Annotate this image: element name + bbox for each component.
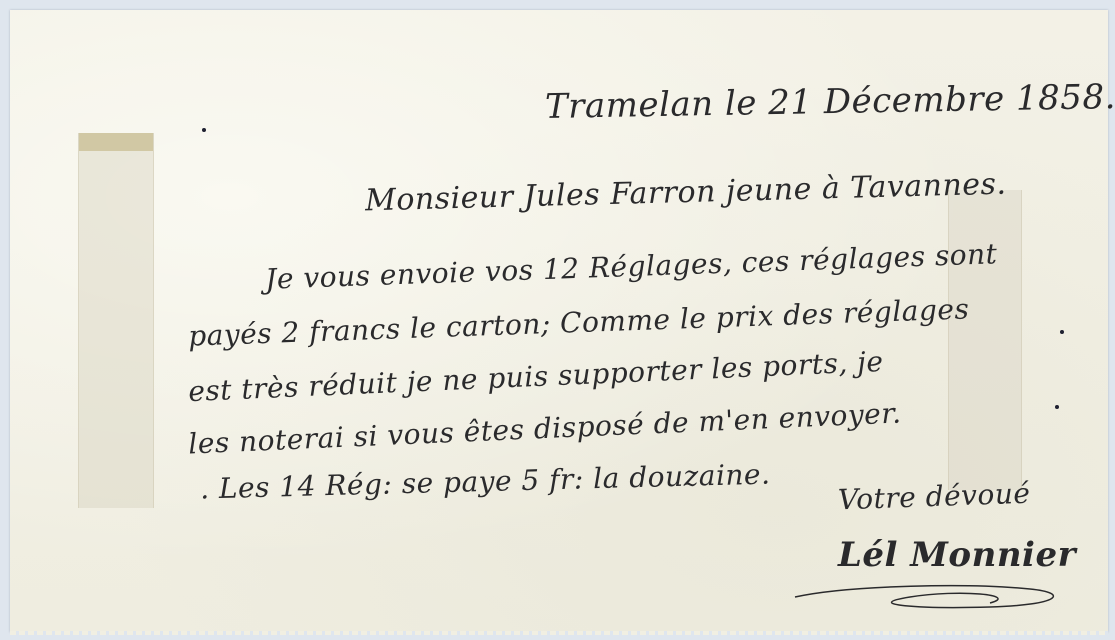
tape-residue-right xyxy=(948,190,1022,490)
addressee-line: Monsieur Jules Farron jeune à Tavannes. xyxy=(365,167,1007,219)
body-line-4: les noterai si vous êtes disposé de m'en… xyxy=(188,396,902,460)
ink-spot xyxy=(1060,330,1064,334)
tape-residue-left xyxy=(78,133,154,508)
place-date-line: Tramelan le 21 Décembre 1858. xyxy=(545,77,1115,127)
letter-paper: Tramelan le 21 Décembre 1858. Monsieur J… xyxy=(10,10,1108,632)
signature-flourish-icon xyxy=(790,575,1090,615)
ink-spot xyxy=(202,128,206,132)
ink-spot xyxy=(1055,405,1059,409)
body-line-5: . Les 14 Rég: se paye 5 fr: la douzaine. xyxy=(200,458,771,506)
signature: Lél Monnier xyxy=(838,535,1076,575)
closing-phrase: Votre dévoué xyxy=(837,477,1030,517)
body-line-2: payés 2 francs le carton; Comme le prix … xyxy=(188,292,970,352)
body-line-3: est très réduit je ne puis supporter les… xyxy=(188,345,884,408)
body-line-1: Je vous envoie vos 12 Réglages, ces régl… xyxy=(265,237,998,296)
